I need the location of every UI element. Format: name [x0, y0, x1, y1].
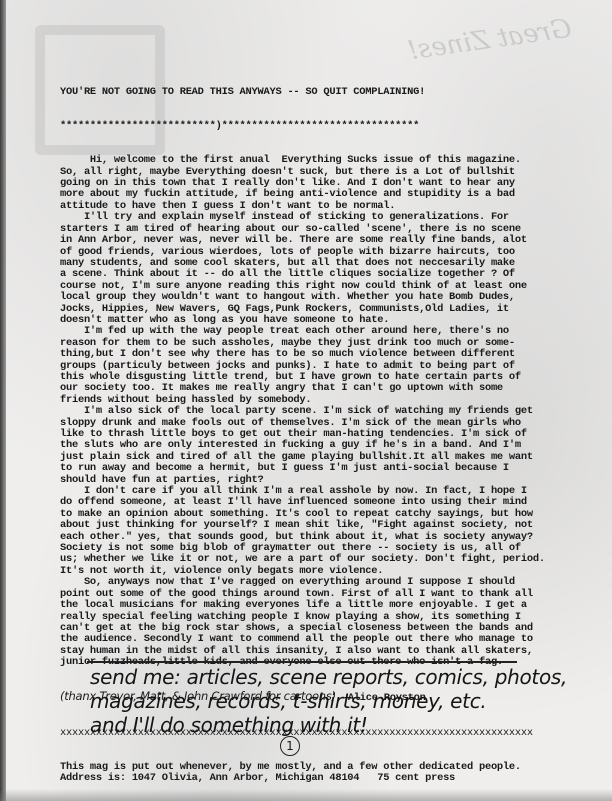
- article-line: the audience. Secondly I want to commend…: [60, 634, 580, 645]
- article-line: the local musicians for making everyones…: [60, 600, 580, 611]
- heading-rule: **************************)*************…: [60, 121, 580, 132]
- handwritten-line: and I'll do something with it!: [90, 713, 590, 737]
- scan-edge: [0, 0, 6, 801]
- article-line: I'll try and explain myself instead of s…: [60, 212, 580, 223]
- footer-info: This mag is put out whenever, by me most…: [60, 762, 580, 785]
- bleed-through-text: Great Zines!: [406, 14, 574, 67]
- article-body: Hi, welcome to the first anual Everythin…: [60, 155, 580, 668]
- divider-line: [87, 661, 517, 663]
- article-line: I'm also sick of the local party scene. …: [60, 406, 580, 417]
- page-number: 1: [280, 736, 300, 756]
- article-line: Hi, welcome to the first anual Everythin…: [60, 155, 580, 166]
- handwritten-line: magazines, records, t-shirts, money, etc…: [90, 689, 590, 713]
- article-line: to run away and become a hermit, but I g…: [60, 463, 580, 474]
- handwritten-line: send me: articles, scene reports, comics…: [90, 665, 590, 689]
- zine-page: Great Zines! YOU'RE NOT GOING TO READ TH…: [0, 0, 612, 801]
- footer-line: Address is: 1047 Olivia, Ann Arbor, Mich…: [60, 773, 580, 784]
- article-line: local group they wouldn't want to hangou…: [60, 292, 580, 303]
- article-line: So, anyways now that I've ragged on ever…: [60, 577, 580, 588]
- article-heading: YOU'RE NOT GOING TO READ THIS ANYWAYS --…: [60, 87, 580, 98]
- article-line: about just thinking for yourself? I mean…: [60, 520, 580, 531]
- scan-shadow: [0, 789, 612, 801]
- article-line: in Ann Arbor, never was, never will be. …: [60, 235, 580, 246]
- handwritten-note: send me: articles, scene reports, comics…: [90, 665, 590, 737]
- article-line: thing,but I don't see why there has to b…: [60, 349, 580, 360]
- article-line: a scene. Think about it -- do all the li…: [60, 269, 580, 280]
